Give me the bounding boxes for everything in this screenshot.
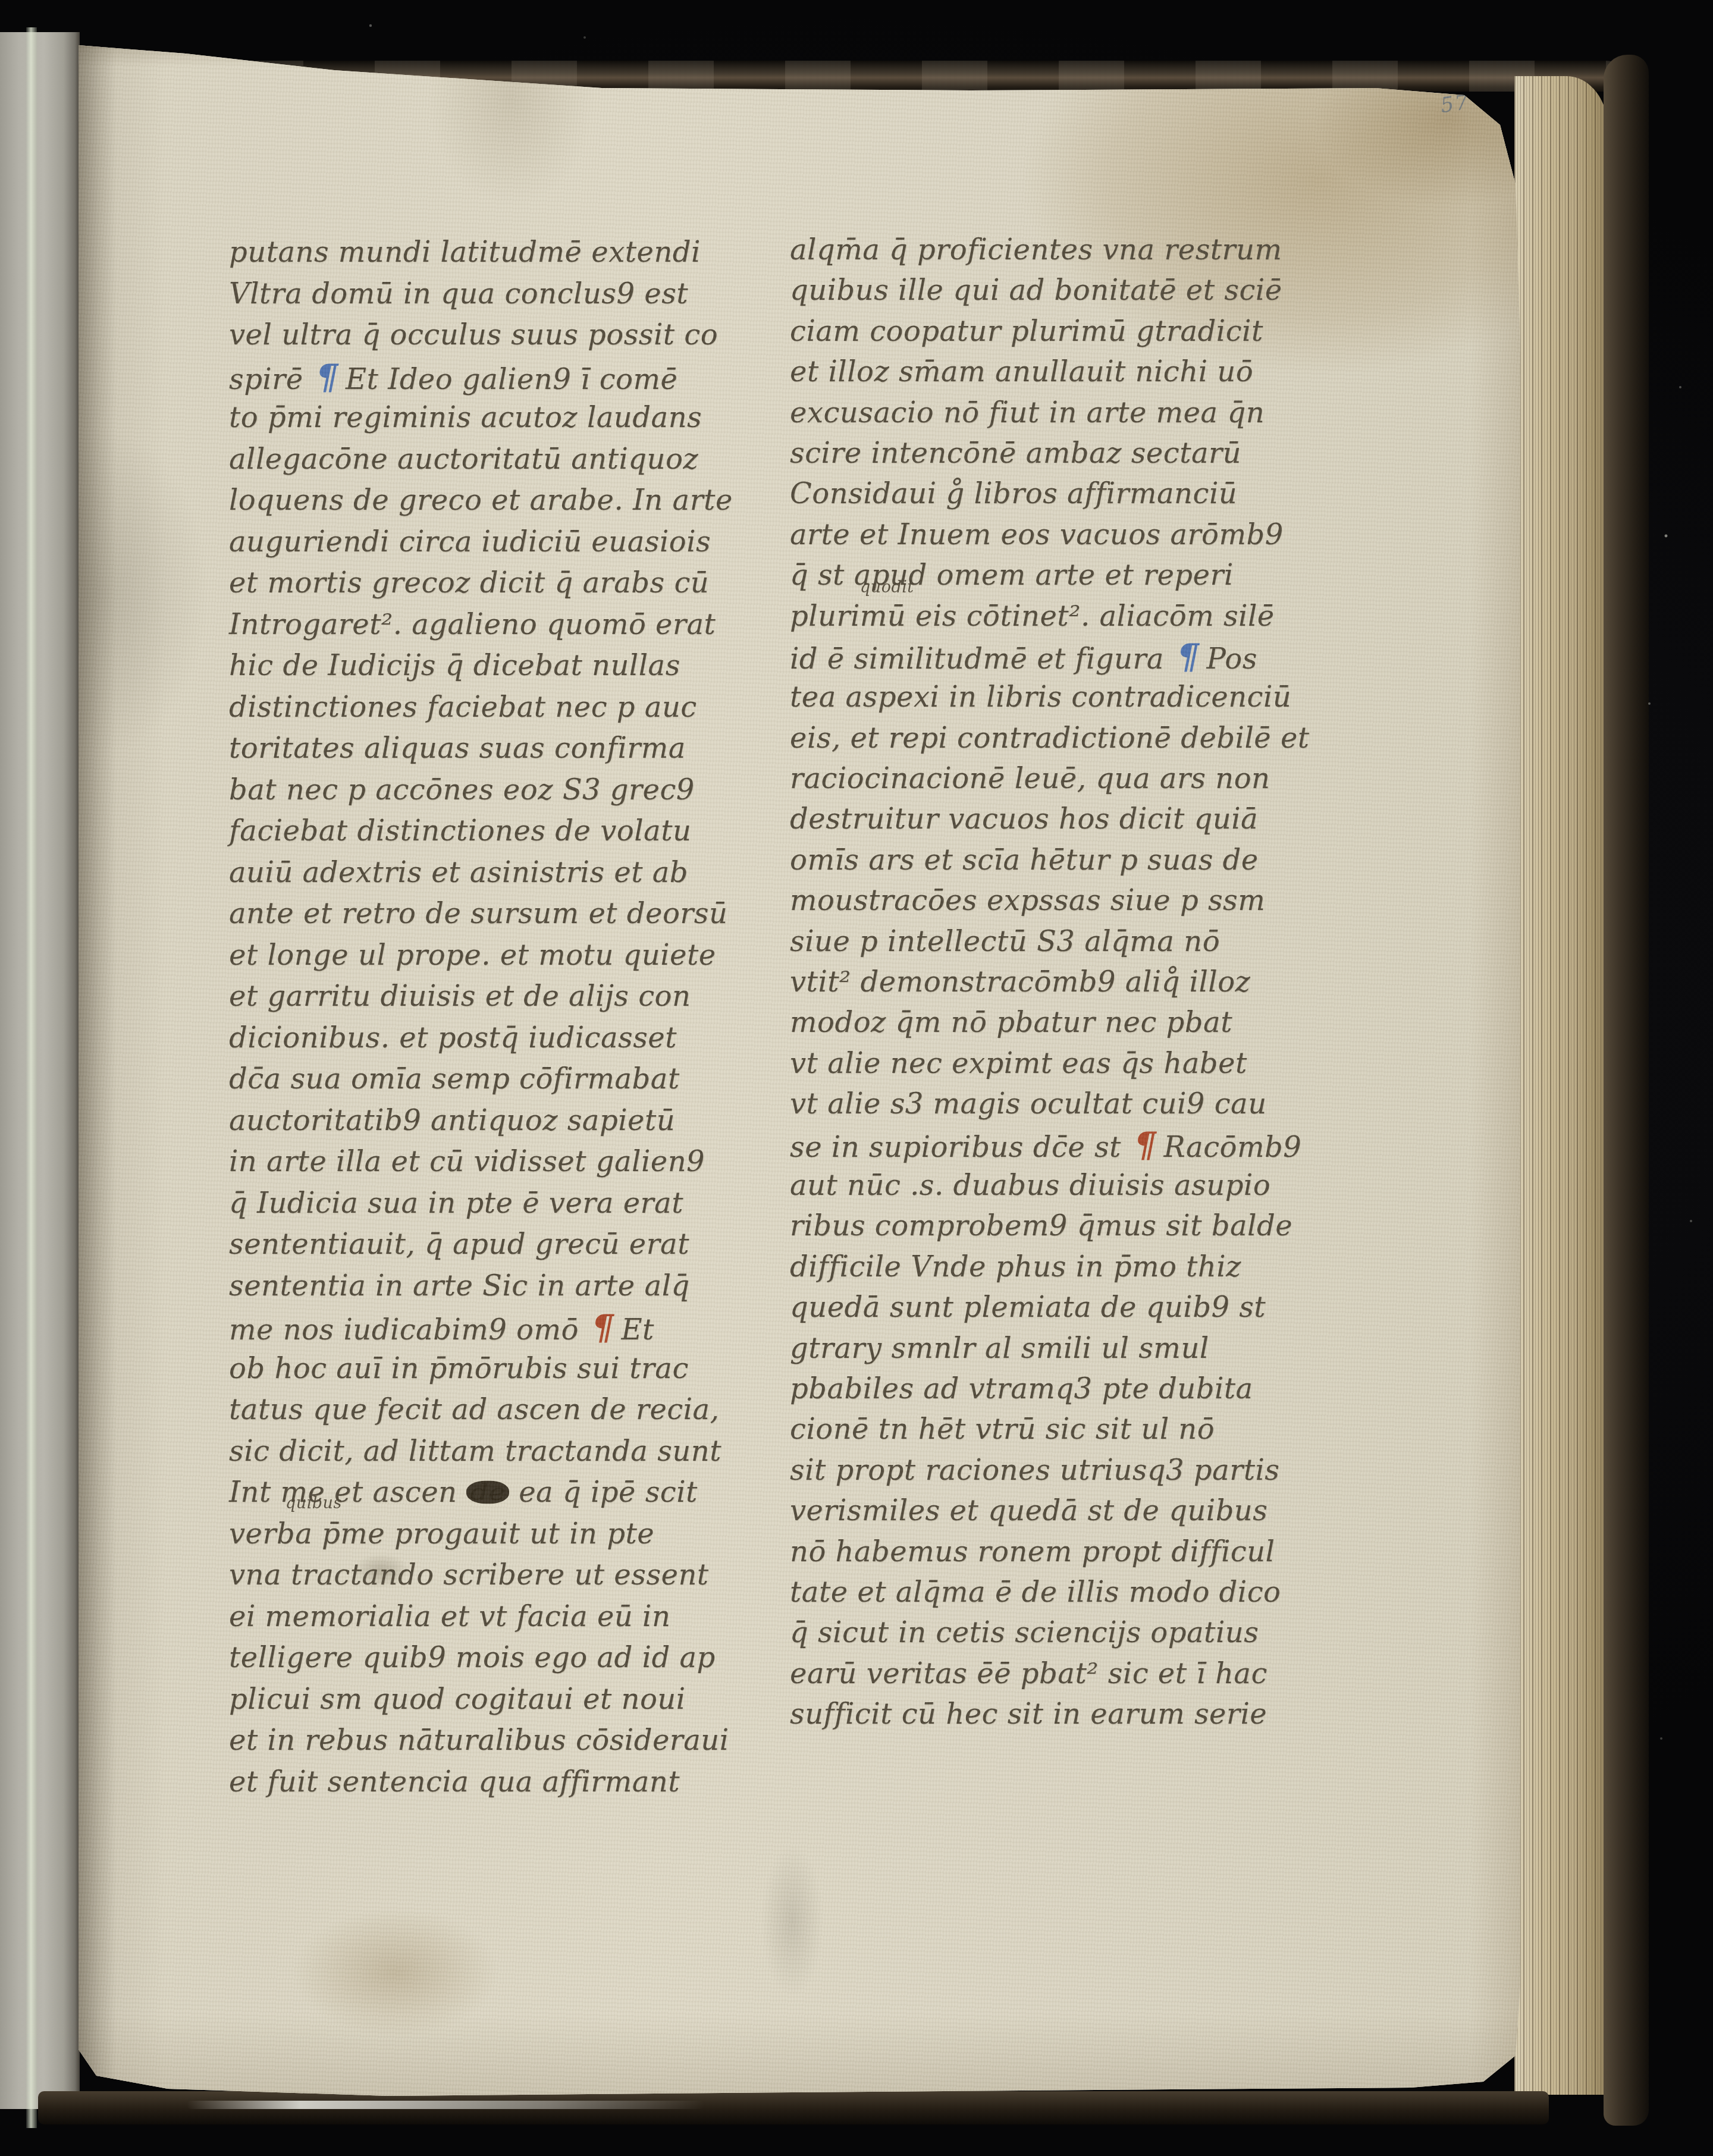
text-segment: sufficit cū hec sit in earum serie	[790, 1697, 1267, 1731]
text-segment: et in rebus nāturalibus cōsideraui	[229, 1724, 729, 1757]
text-line: auguriendi circa iudiciū euasiois	[229, 522, 733, 563]
text-segment: Et Ideo galien9 ī comē	[346, 363, 677, 396]
text-segment: tate et alq̄ma ē de illis modo dico	[790, 1576, 1281, 1609]
text-line: ob hoc auī in p̄mōrubis sui trac	[229, 1348, 733, 1390]
text-segment: et mortis grecoz dicit q̄ arabs cū	[229, 566, 709, 600]
text-line: sic dicit, ad littam tractanda sunt	[229, 1431, 733, 1473]
text-line: plicui sm quod cogitaui et noui	[229, 1679, 733, 1721]
text-segment: scire intencōnē ambaz sectarū	[790, 437, 1241, 470]
text-segment: difficile Vnde phus in p̄mo thiz	[790, 1250, 1241, 1283]
text-line: vtit² demonstracōmb9 aliq̊ illoz	[790, 962, 1310, 1002]
text-segment: Int me et ascen	[229, 1476, 466, 1509]
text-line: plurimū eis cōtinet². aliacōm silē	[790, 596, 1310, 636]
text-line: vel ultra q̄ occulus suus possit co	[229, 315, 733, 356]
text-line: Introgaret². agalieno quomō erat	[229, 604, 733, 646]
text-segment: distinctiones faciebat nec p auc	[229, 691, 697, 724]
text-line: ciam coopatur plurimū gtradicit	[790, 311, 1310, 352]
text-segment: cionē tn hēt vtrū sic sit ul nō	[790, 1413, 1215, 1446]
text-segment: ob hoc auī in p̄mōrubis sui trac	[229, 1352, 689, 1385]
text-segment: sit propt raciones utriusq3 partis	[790, 1454, 1279, 1487]
text-segment: spirē	[229, 363, 312, 396]
text-line: quedā sunt plemiata de quib9 st	[790, 1287, 1310, 1328]
text-line: et garritu diuisis et de alijs con	[229, 976, 733, 1018]
text-line: et fuit sentencia qua affirmant	[229, 1762, 733, 1803]
text-segment: plurimū eis cōtinet². aliacōm silē	[790, 600, 1275, 633]
text-segment: moustracōes expssas siue p ssm	[790, 884, 1265, 917]
text-line: allegacōne auctoritatū antiquoz	[229, 439, 733, 481]
text-line: ribus comprobem9 q̄mus sit balde	[790, 1206, 1310, 1246]
text-line: sit propt raciones utriusq3 partis	[790, 1450, 1310, 1490]
text-line: tea aspexi in libris contradicenciū	[790, 677, 1310, 717]
text-segment: Pos	[1206, 642, 1257, 676]
text-line: me nos iudicabim9 omō ¶Et	[229, 1307, 733, 1348]
text-segment: auctoritatib9 antiquoz sapietū	[229, 1104, 675, 1137]
text-segment: loquens de greco et arabe. In arte	[229, 484, 733, 517]
text-segment: putans mundi latitudmē extendi	[229, 236, 701, 269]
text-segment: gtrary smnlr al smili ul smul	[790, 1332, 1209, 1365]
text-segment: et garritu diuisis et de alijs con	[229, 980, 691, 1013]
text-segment: faciebat distinctiones de volatu	[229, 814, 691, 848]
text-line: telligere quib9 mois ego ad id ap	[229, 1637, 733, 1679]
text-segment: Introgaret². agalieno quomō erat	[229, 608, 716, 641]
text-segment: vtit² demonstracōmb9 aliq̊ illoz	[790, 965, 1250, 999]
text-segment: ei memorialia et vt facia eū in	[229, 1600, 670, 1633]
text-column-right: alqm̄a q̄ proficientes vna restrumquibus…	[790, 230, 1310, 1734]
text-segment: Racōmb9	[1163, 1131, 1301, 1164]
text-segment: alqm̄a q̄ proficientes vna restrum	[790, 233, 1282, 266]
text-line: id ē similitudmē et figura ¶Pos	[790, 636, 1310, 677]
text-segment: q̄ Iudicia sua in pte ē vera erat	[229, 1187, 683, 1220]
text-segment: vt alie nec expimt eas q̄s habet	[790, 1047, 1247, 1080]
text-line: q̄ sicut in cetis sciencijs opatius	[790, 1612, 1310, 1653]
text-segment: pbabiles ad vtramq3 pte dubita	[790, 1372, 1253, 1405]
text-segment: se in supioribus dc̄e st	[790, 1131, 1131, 1164]
text-line: vt alie s3 magis ocultat cui9 cau	[790, 1084, 1310, 1124]
text-line: tate et alq̄ma ē de illis modo dico	[790, 1572, 1310, 1612]
text-segment: ante et retro de sursum et deorsū	[229, 897, 727, 930]
text-segment: verismiles et quedā st de quibus	[790, 1494, 1268, 1527]
text-line: modoz q̄m nō pbatur nec pbat	[790, 1002, 1310, 1043]
text-segment: sententia in arte Sic in arte alq̄	[229, 1269, 690, 1303]
binding-bottom-edge	[38, 2091, 1549, 2124]
binding-right-edge	[1604, 55, 1649, 2126]
text-line: vna tractando scribere ut essent	[229, 1555, 733, 1596]
text-line: et mortis grecoz dicit q̄ arabs cū	[229, 563, 733, 604]
text-line: ante et retro de sursum et deorsū	[229, 893, 733, 935]
text-line: omīs ars et scīa hētur p suas de	[790, 840, 1310, 880]
text-segment: q̄ sicut in cetis sciencijs opatius	[790, 1616, 1259, 1649]
text-line: loquens de greco et arabe. In arte	[229, 480, 733, 522]
text-segment: quibus ille qui ad bonitatē et sciē	[790, 274, 1282, 307]
text-line: dc̄a sua omīa semp cōfirmabat	[229, 1059, 733, 1100]
pilcrow-red-icon: ¶	[592, 1307, 614, 1348]
text-segment: Considaui g̊ libros affirmanciū	[790, 477, 1237, 510]
text-segment: raciocinacionē leuē, qua ars non	[790, 762, 1270, 795]
text-line: vt alie nec expimt eas q̄s habet	[790, 1043, 1310, 1084]
text-segment: me nos iudicabim9 omō	[229, 1313, 588, 1347]
folio-number: 57	[1439, 90, 1471, 118]
text-segment: vna tractando scribere ut essent	[229, 1558, 709, 1592]
interlinear-gloss: quibus	[285, 1494, 342, 1512]
text-segment: omīs ars et scīa hētur p suas de	[790, 843, 1259, 877]
text-line: aut nūc .s. duabus diuisis asupio	[790, 1165, 1310, 1206]
text-segment: et longe ul prope. et motu quiete	[229, 939, 716, 972]
text-line: arte et Inuem eos vacuos arōmb9	[790, 514, 1310, 555]
text-segment: plicui sm quod cogitaui et noui	[229, 1683, 686, 1716]
text-line: raciocinacionē leuē, qua ars non	[790, 758, 1310, 799]
text-segment: id ē similitudmē et figura	[790, 642, 1174, 676]
text-line: se in supioribus dc̄e st ¶Racōmb9	[790, 1125, 1310, 1165]
text-line: moustracōes expssas siue p ssm	[790, 880, 1310, 921]
text-line: nō habemus ronem propt difficul	[790, 1532, 1310, 1572]
text-line: Considaui g̊ libros affirmanciū	[790, 473, 1310, 514]
text-segment: Et	[621, 1313, 654, 1347]
text-segment: allegacōne auctoritatū antiquoz	[229, 443, 698, 476]
text-line: et in rebus nāturalibus cōsideraui	[229, 1720, 733, 1762]
text-line: earū veritas ēē pbat² sic et ī hac	[790, 1653, 1310, 1694]
text-segment: arte et Inuem eos vacuos arōmb9	[790, 518, 1284, 551]
text-line: verismiles et quedā st de quibus	[790, 1490, 1310, 1531]
gutter-shadow	[79, 36, 117, 2096]
ink-blot: de	[466, 1481, 509, 1504]
text-segment: modoz q̄m nō pbatur nec pbat	[790, 1006, 1232, 1039]
text-segment: auiū adextris et asinistris et ab	[229, 856, 688, 889]
text-line: quibus ille qui ad bonitatē et sciē	[790, 270, 1310, 310]
text-segment: tatus que fecit ad ascen de recia,	[229, 1393, 719, 1426]
photo-background: 57 putans mundi latitudmē extendiVltra d…	[0, 0, 1713, 2156]
dust-specks	[0, 0, 1, 1]
text-segment: ciam coopatur plurimū gtradicit	[790, 315, 1263, 348]
text-segment: hic de Iudicijs q̄ dicebat nullas	[229, 649, 680, 682]
text-line: in arte illa et cū vidisset galien9	[229, 1141, 733, 1183]
text-segment: ea q̄ ipē scit	[509, 1476, 697, 1509]
text-segment: bat nec p accōnes eoz S3 grec9	[229, 773, 695, 806]
binding-sheen	[187, 2101, 704, 2109]
text-line: verba p̄me progauit ut in pte	[229, 1514, 733, 1555]
text-segment: verba p̄me progauit ut in pte	[229, 1517, 654, 1551]
text-line: putans mundi latitudmē extendi	[229, 232, 733, 274]
text-segment: vel ultra q̄ occulus suus possit co	[229, 318, 718, 352]
fore-edge-pages	[1514, 76, 1608, 2095]
text-segment: to p̄mi regiminis acutoz laudans	[229, 401, 702, 434]
text-line: difficile Vnde phus in p̄mo thiz	[790, 1247, 1310, 1287]
text-line: sententiauit, q̄ apud grecū erat	[229, 1224, 733, 1266]
text-segment: sic dicit, ad littam tractanda sunt	[229, 1435, 721, 1468]
pilcrow-blue-icon: ¶	[1177, 636, 1200, 677]
text-segment: q̄ st apud omem arte et reperi	[790, 558, 1234, 592]
facing-page-edge	[0, 32, 80, 2109]
text-line: spirē ¶Et Ideo galien9 ī comē	[229, 356, 733, 398]
text-line: scire intencōnē ambaz sectarū	[790, 433, 1310, 473]
pilcrow-red-icon: ¶	[1134, 1124, 1157, 1165]
text-line: q̄ Iudicia sua in pte ē vera erat	[229, 1183, 733, 1225]
glass-strip	[26, 27, 37, 2128]
text-line: destruitur vacuos hos dicit quiā	[790, 799, 1310, 839]
text-line: sententia in arte Sic in arte alq̄	[229, 1266, 733, 1307]
text-column-left: putans mundi latitudmē extendiVltra domū…	[229, 232, 733, 1803]
text-segment: destruitur vacuos hos dicit quiā	[790, 802, 1258, 836]
text-line: et illoz sm̄am anullauit nichi uō	[790, 352, 1310, 392]
text-segment: sententiauit, q̄ apud grecū erat	[229, 1228, 689, 1261]
text-line: Vltra domū in qua conclus9 est	[229, 274, 733, 315]
text-line: auiū adextris et asinistris et ab	[229, 852, 733, 894]
text-segment: Vltra domū in qua conclus9 est	[229, 277, 688, 310]
interlinear-gloss: quodit	[860, 578, 914, 597]
text-line: et longe ul prope. et motu quiete	[229, 935, 733, 977]
pilcrow-blue-icon: ¶	[316, 356, 338, 397]
text-segment: excusacio nō fiut in arte mea q̄n	[790, 396, 1265, 429]
text-line: faciebat distinctiones de volatu	[229, 811, 733, 852]
text-line: eis, et repi contradictionē debilē et	[790, 718, 1310, 758]
text-line: hic de Iudicijs q̄ dicebat nullas	[229, 645, 733, 687]
text-line: sufficit cū hec sit in earum serie	[790, 1694, 1310, 1734]
text-line: cionē tn hēt vtrū sic sit ul nō	[790, 1409, 1310, 1449]
text-line: siue p intellectū S3 alq̄ma nō	[790, 921, 1310, 962]
text-line: gtrary smnlr al smili ul smul	[790, 1328, 1310, 1369]
text-segment: ribus comprobem9 q̄mus sit balde	[790, 1209, 1292, 1242]
text-segment: vt alie s3 magis ocultat cui9 cau	[790, 1087, 1267, 1121]
text-line: auctoritatib9 antiquoz sapietū	[229, 1100, 733, 1142]
text-segment: toritates aliquas suas confirma	[229, 732, 686, 765]
text-segment: telligere quib9 mois ego ad id ap	[229, 1641, 716, 1674]
text-line: bat nec p accōnes eoz S3 grec9	[229, 770, 733, 811]
text-segment: quedā sunt plemiata de quib9 st	[790, 1291, 1266, 1324]
text-line: dicionibus. et postq̄ iudicasset	[229, 1018, 733, 1059]
text-segment: auguriendi circa iudiciū euasiois	[229, 525, 711, 558]
text-line: distinctiones faciebat nec p auc	[229, 687, 733, 729]
text-line: pbabiles ad vtramq3 pte dubita	[790, 1369, 1310, 1409]
text-segment: aut nūc .s. duabus diuisis asupio	[790, 1169, 1270, 1202]
text-line: alqm̄a q̄ proficientes vna restrum	[790, 230, 1310, 270]
text-line: toritates aliquas suas confirma	[229, 728, 733, 770]
text-line: tatus que fecit ad ascen de recia,	[229, 1389, 733, 1431]
text-segment: eis, et repi contradictionē debilē et	[790, 721, 1310, 755]
text-segment: et illoz sm̄am anullauit nichi uō	[790, 355, 1253, 388]
text-line: ei memorialia et vt facia eū in	[229, 1596, 733, 1638]
manuscript-page: 57 putans mundi latitudmē extendiVltra d…	[79, 36, 1520, 2096]
text-line: excusacio nō fiut in arte mea q̄n	[790, 393, 1310, 433]
text-segment: dicionibus. et postq̄ iudicasset	[229, 1021, 677, 1055]
text-segment: tea aspexi in libris contradicenciū	[790, 680, 1291, 714]
text-line: to p̄mi regiminis acutoz laudans	[229, 397, 733, 439]
text-segment: in arte illa et cū vidisset galien9	[229, 1145, 705, 1178]
text-segment: dc̄a sua omīa semp cōfirmabat	[229, 1062, 680, 1096]
text-segment: et fuit sentencia qua affirmant	[229, 1765, 680, 1799]
text-segment: siue p intellectū S3 alq̄ma nō	[790, 925, 1220, 958]
text-segment: nō habemus ronem propt difficul	[790, 1535, 1275, 1568]
text-segment: earū veritas ēē pbat² sic et ī hac	[790, 1657, 1268, 1690]
